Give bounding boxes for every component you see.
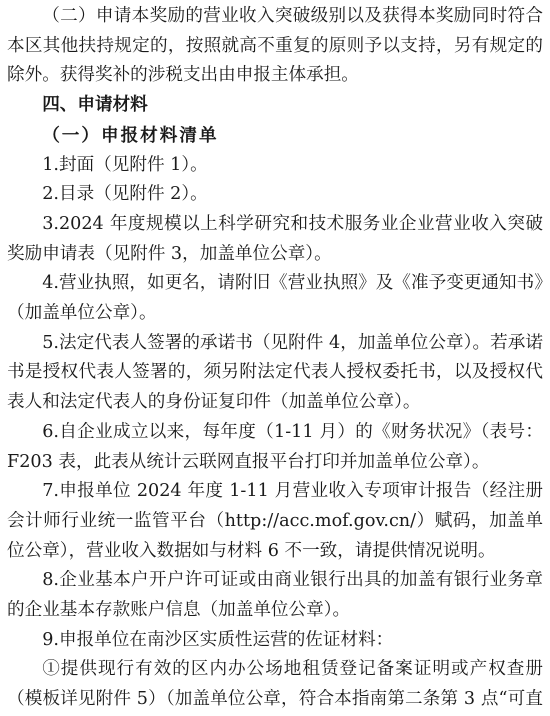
material-item-4: 4.营业执照，如更名，请附旧《营业执照》及《准予变更通知书》（加盖单位公章）。	[7, 269, 543, 328]
material-item-2: 2.目录（见附件 2）。	[7, 180, 543, 210]
material-item-9: 9.申报单位在南沙区实质性运营的佐证材料：	[7, 626, 543, 656]
material-item-5: 5.法定代表人签署的承诺书（见附件 4，加盖单位公章）。若承诺书是授权代表人签署…	[7, 329, 543, 418]
document-page: （二）申请本奖励的营业收入突破级别以及获得本奖励同时符合本区其他扶持规定的，按照…	[0, 0, 550, 716]
subsection-heading: （一）申报材料清单	[7, 121, 543, 151]
material-item-3: 3.2024 年度规模以上科学研究和技术服务业企业营业收入突破奖励申请表（见附件…	[7, 210, 543, 269]
document-body: （二）申请本奖励的营业收入突破级别以及获得本奖励同时符合本区其他扶持规定的，按照…	[7, 2, 543, 715]
material-item-9-sub-1: ①提供现行有效的区内办公场地租赁登记备案证明或产权查册（模板详见附件 5）（加盖…	[7, 655, 543, 714]
intro-paragraph: （二）申请本奖励的营业收入突破级别以及获得本奖励同时符合本区其他扶持规定的，按照…	[7, 2, 543, 91]
material-item-1: 1.封面（见附件 1）。	[7, 151, 543, 181]
material-item-6: 6.自企业成立以来，每年度（1-11 月）的《财务状况》（表号：F203 表，此…	[7, 418, 543, 477]
material-item-8: 8.企业基本户开户许可证或由商业银行出具的加盖有银行业务章的企业基本存款账户信息…	[7, 566, 543, 625]
section-heading: 四、申请材料	[7, 91, 543, 121]
material-item-7: 7.申报单位 2024 年度 1-11 月营业收入专项审计报告（经注册会计师行业…	[7, 477, 543, 566]
